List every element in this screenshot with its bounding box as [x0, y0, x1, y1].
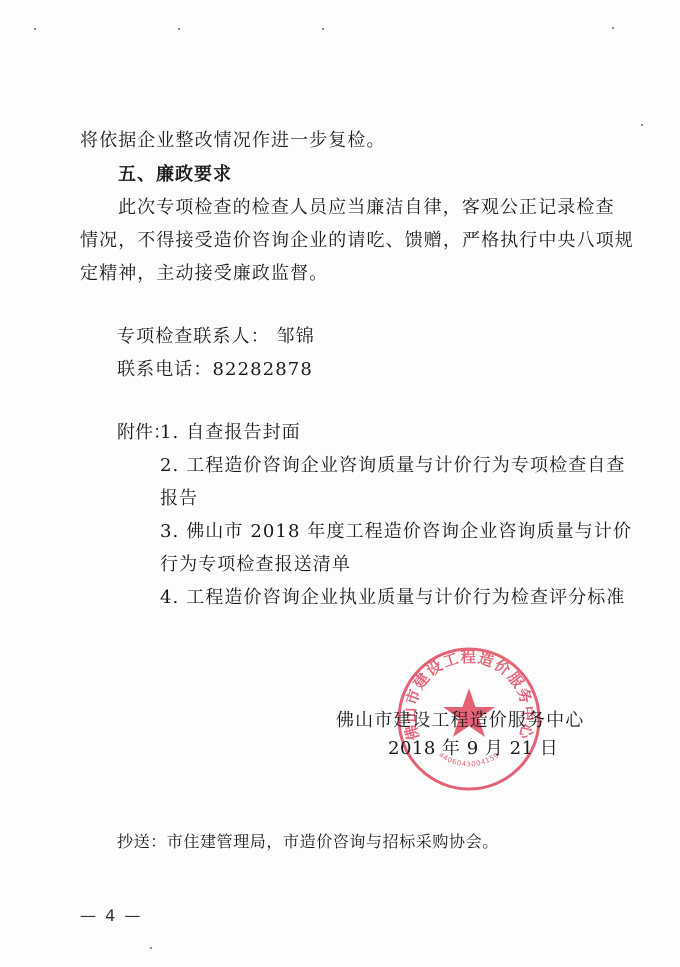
scan-dot	[178, 28, 180, 30]
attachment-item: 4. 工程造价咨询企业执业质量与计价行为检查评分标准	[160, 588, 597, 608]
attachment-item: 1. 自查报告封面	[160, 423, 301, 443]
signature-date: 2018 年 9 月 21 日	[388, 739, 558, 759]
scan-dot	[322, 28, 324, 30]
paragraph-line: 定精神，主动接受廉政监督。	[80, 264, 328, 284]
contact-phone: 联系电话：82282878	[117, 360, 313, 380]
cc-line: 抄送：市住建管理局，市造价咨询与招标采购协会。	[117, 832, 499, 852]
signature-organization: 佛山市建设工程造价服务中心	[336, 711, 584, 731]
contact-person: 专项检查联系人： 邹锦	[117, 327, 315, 347]
scan-dot	[150, 947, 152, 949]
scan-dot	[612, 27, 614, 29]
paragraph-line: 情况，不得接受造价咨询企业的请吃、馈赠，严格执行中央八项规	[80, 231, 598, 251]
attachment-item: 3. 佛山市 2018 年度工程造价咨询企业咨询质量与计价	[160, 522, 590, 542]
scan-dot	[34, 28, 36, 30]
attachment-item: 2. 工程造价咨询企业咨询质量与计价行为专项检查自查	[160, 456, 597, 476]
scan-dot	[641, 124, 643, 126]
attachment-item: 行为专项检查报送清单	[160, 555, 351, 575]
section-heading: 五、廉政要求	[118, 165, 232, 185]
paragraph-line: 此次专项检查的检查人员应当廉洁自律，客观公正记录检查	[118, 198, 598, 218]
document-page: 将依据企业整改情况作进一步复检。 五、廉政要求 此次专项检查的检查人员应当廉洁自…	[0, 0, 680, 967]
body-continuation-line: 将依据企业整改情况作进一步复检。	[80, 131, 386, 151]
attachment-item: 报告	[160, 489, 198, 509]
page-number: — 4 —	[80, 906, 142, 925]
